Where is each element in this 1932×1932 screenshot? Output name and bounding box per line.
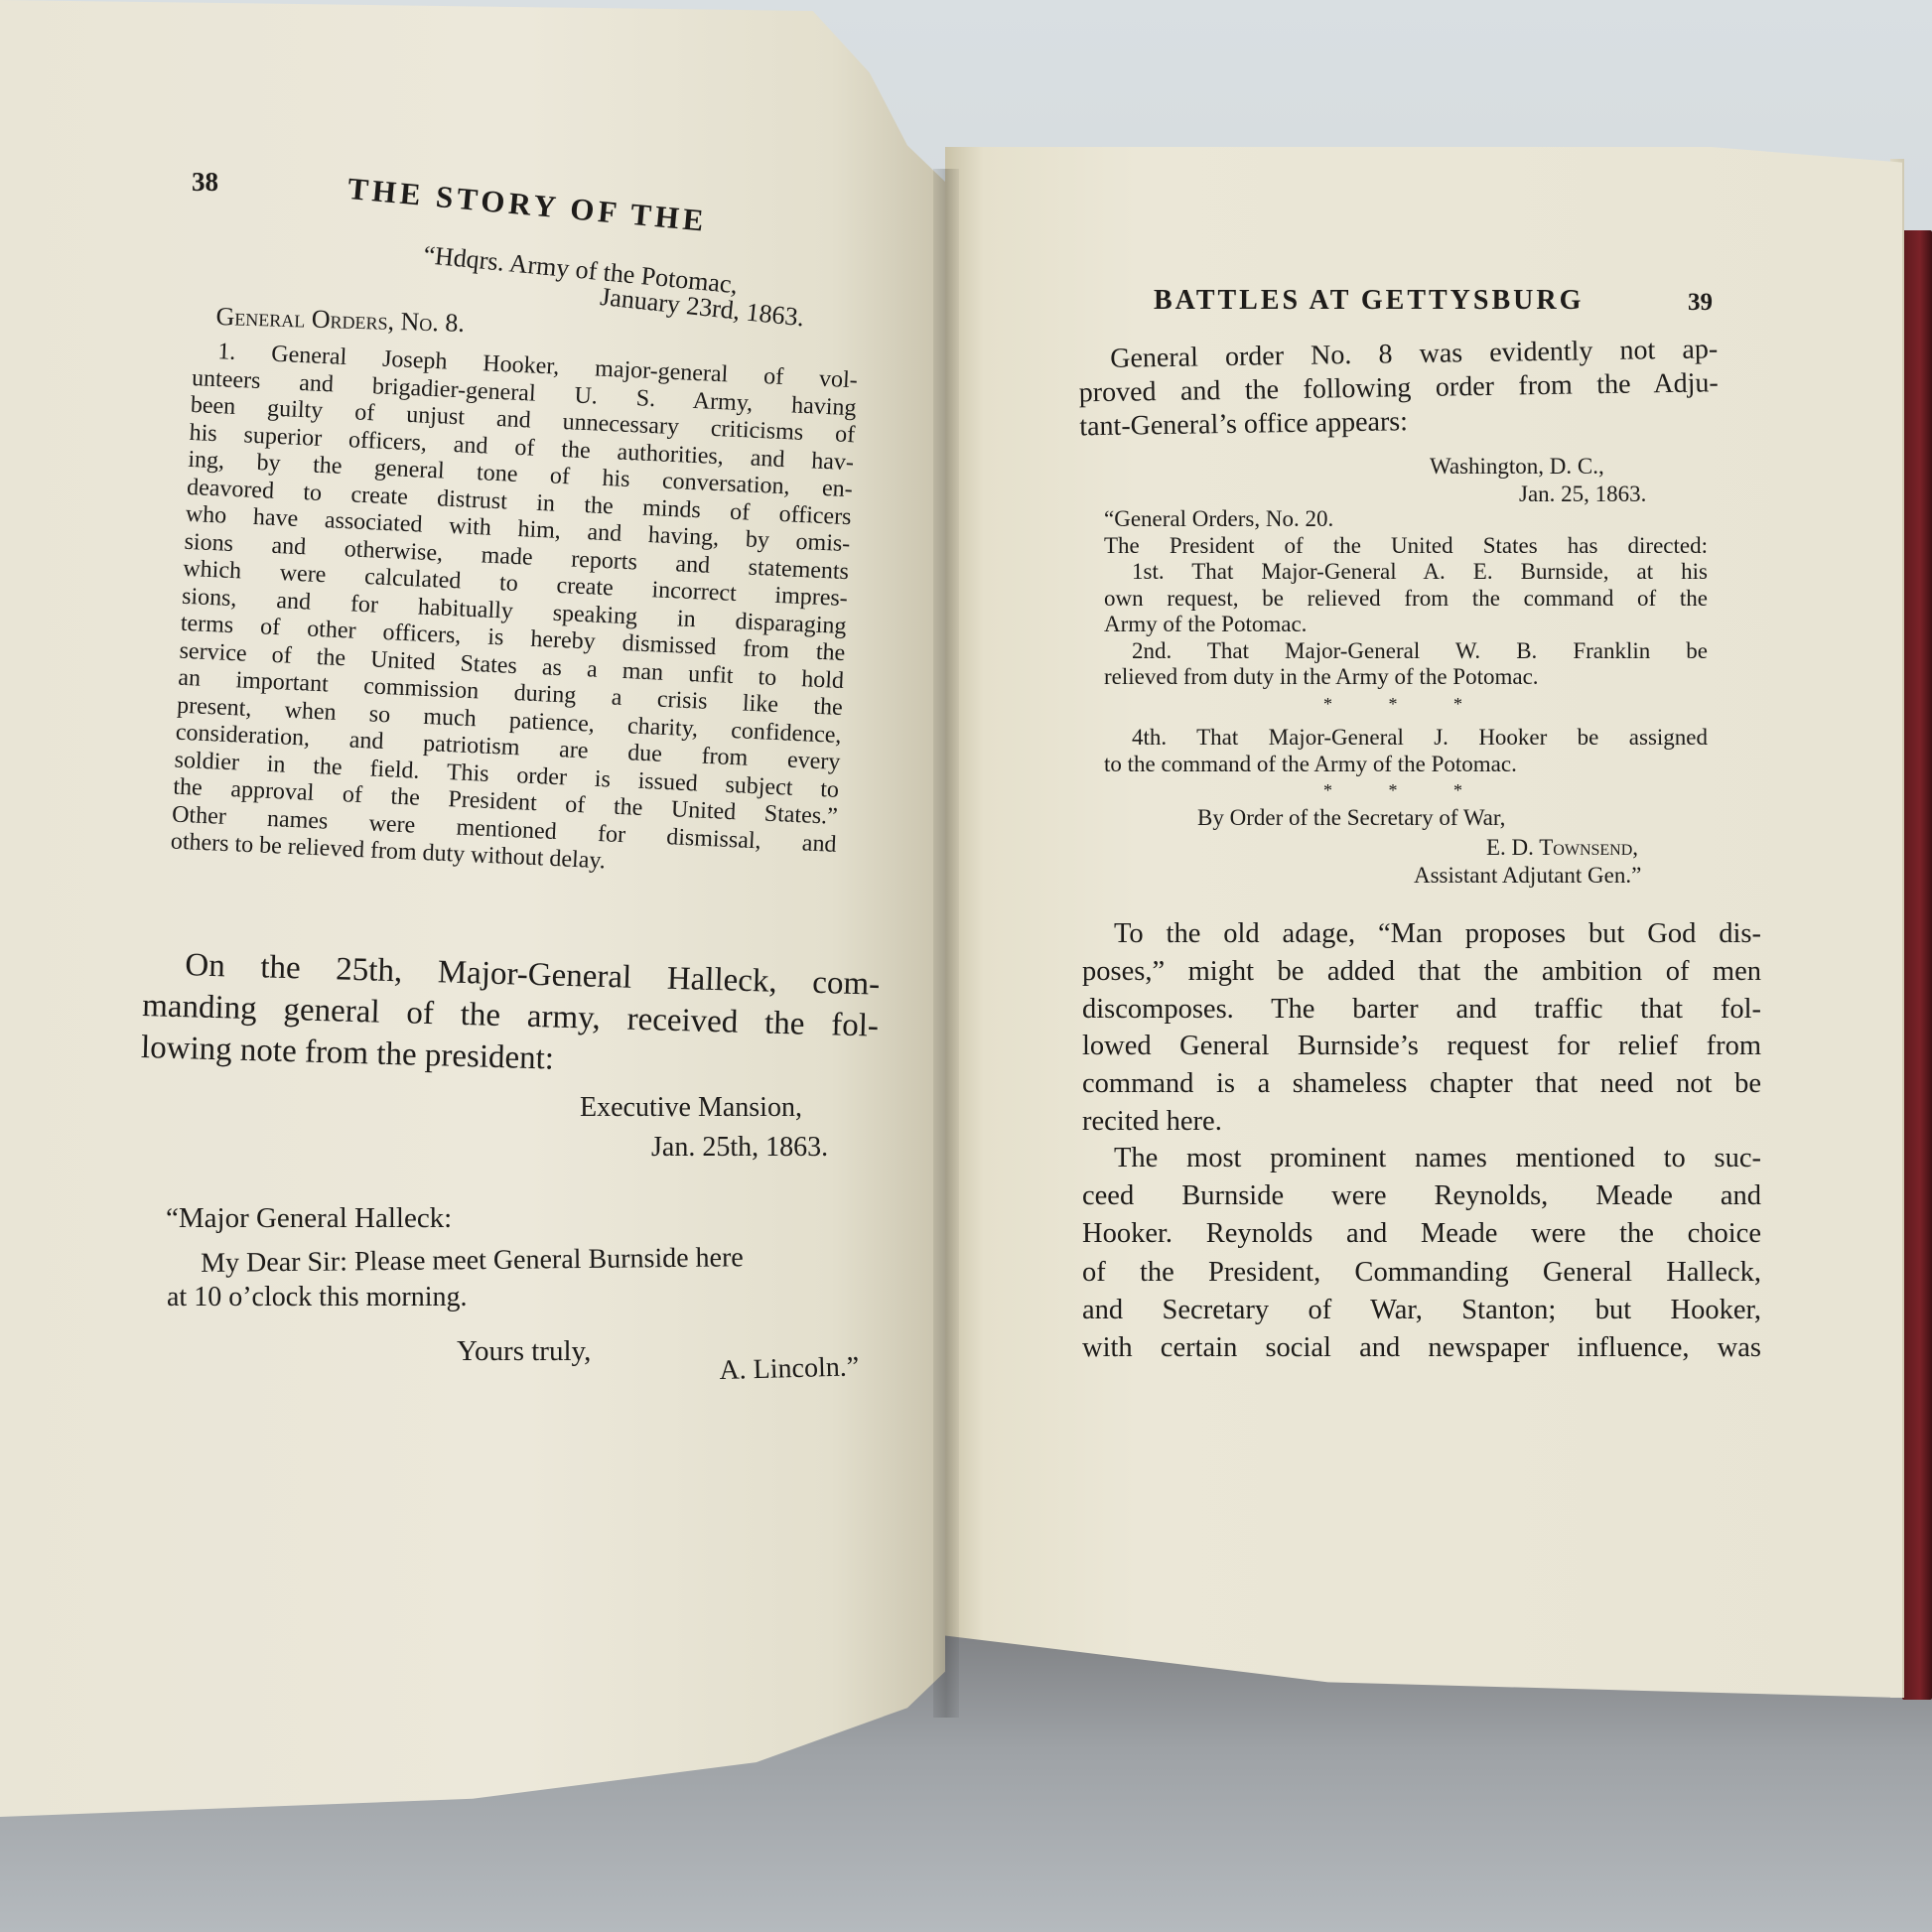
paragraph-line: and Secretary of War, Stanton; but Hooke…	[1082, 1292, 1761, 1329]
letter-place: Executive Mansion,	[580, 1089, 802, 1127]
book-cover-edge	[1902, 230, 1932, 1700]
paragraph-line: recited here.	[1082, 1103, 1761, 1141]
hq-dateline-line1: “Hdqrs. Army of the Potomac,	[422, 241, 739, 299]
paragraph-line: poses,” might be added that the ambition…	[1082, 953, 1761, 991]
paragraph-line: command is a shameless chapter that need…	[1082, 1065, 1761, 1103]
letter-signature: A. Lincoln.”	[719, 1348, 860, 1390]
left-page-number: 38	[192, 167, 218, 198]
letter-body-line1: My Dear Sir: Please meet General Burnsid…	[201, 1239, 744, 1283]
letter-closing: Yours truly,	[457, 1332, 591, 1370]
general-orders-20-title: “General Orders, No. 20.	[1104, 506, 1708, 533]
paragraph-line: To the old adage, “Man proposes but God …	[1082, 915, 1761, 953]
left-page-content: 38 THE STORY OF THE “Hdqrs. Army of the …	[0, 0, 945, 1489]
order-item-line: 4th. That Major-General J. Hooker be ass…	[1104, 725, 1708, 752]
paragraph-line: with certain social and newspaper influe…	[1082, 1329, 1761, 1367]
book-gutter	[933, 169, 959, 1718]
general-orders-8-title: General Orders, No. 8.	[215, 303, 465, 337]
order-item-line: Army of the Potomac.	[1104, 612, 1708, 638]
left-running-head: THE STORY OF THE	[346, 171, 709, 239]
letter-date: Jan. 25th, 1863.	[651, 1129, 828, 1167]
general-orders-20-preamble: The President of the United States has d…	[1104, 533, 1708, 560]
paragraph-line: The most prominent names mentioned to su…	[1082, 1140, 1761, 1177]
paragraph-line: of the President, Commanding General Hal…	[1082, 1254, 1761, 1292]
order-item-line: 2nd. That Major-General W. B. Franklin b…	[1104, 638, 1708, 665]
ellipsis-stars: * * *	[1104, 777, 1708, 804]
letter-salutation: “Major General Halleck:	[166, 1199, 452, 1237]
paragraph-line: ceed Burnside were Reynolds, Meade and	[1082, 1177, 1761, 1215]
general-orders-20: “General Orders, No. 20. The President o…	[1104, 506, 1708, 804]
order-authority: By Order of the Secretary of War,	[1197, 804, 1505, 832]
halleck-paragraph: On the 25th, Major-General Halleck, com-…	[140, 943, 880, 1089]
ellipsis-stars: * * *	[1104, 691, 1708, 718]
order-signer-title: Assistant Adjutant Gen.”	[1414, 862, 1641, 890]
adage-paragraph: To the old adage, “Man proposes but God …	[1082, 915, 1761, 1141]
order-item-line: relieved from duty in the Army of the Po…	[1104, 664, 1708, 691]
letter-body-line2: at 10 o’clock this morning.	[167, 1279, 468, 1316]
successor-paragraph: The most prominent names mentioned to su…	[1082, 1140, 1761, 1367]
order-item-line: to the command of the Army of the Potoma…	[1104, 752, 1708, 778]
paragraph-line: Hooker. Reynolds and Meade were the choi…	[1082, 1215, 1761, 1253]
order-signer: E. D. Townsend,	[1486, 834, 1638, 862]
general-orders-8-text: 1. General Joseph Hooker, major-general …	[170, 338, 858, 886]
order-item-line: own request, be relieved from the comman…	[1104, 586, 1708, 613]
right-page-number: 39	[1688, 289, 1713, 317]
paragraph-line: lowed General Burnside’s request for rel…	[1082, 1028, 1761, 1065]
paragraph-line: discomposes. The barter and traffic that…	[1082, 991, 1761, 1029]
order-item-line: 1st. That Major-General A. E. Burnside, …	[1104, 559, 1708, 586]
washington-dateline-line1: Washington, D. C.,	[1430, 453, 1604, 481]
intro-paragraph: General order No. 8 was evidently not ap…	[1102, 333, 1720, 444]
washington-dateline-line2: Jan. 25, 1863.	[1519, 481, 1646, 508]
right-running-head: BATTLES AT GETTYSBURG	[1154, 285, 1584, 317]
book-photo: 38 THE STORY OF THE “Hdqrs. Army of the …	[0, 0, 1932, 1932]
